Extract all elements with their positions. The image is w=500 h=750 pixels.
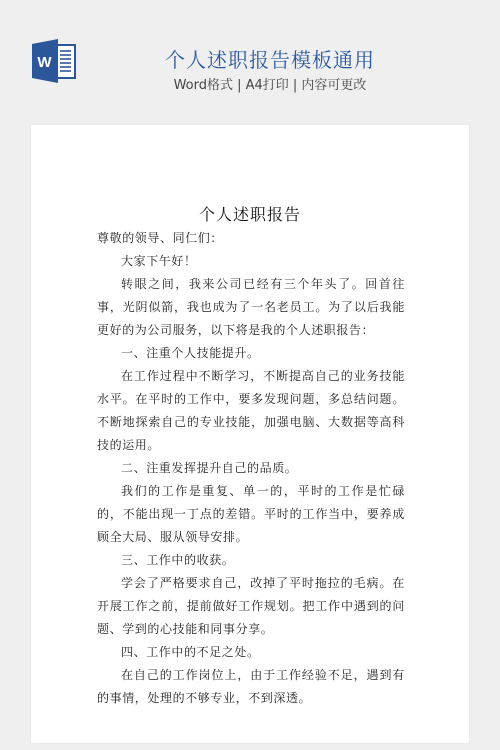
section-heading-3: 三、工作中的收获。 xyxy=(97,549,405,572)
section-heading-2: 二、注重发挥提升自己的品质。 xyxy=(97,457,405,480)
greeting: 大家下午好！ xyxy=(97,250,405,273)
section-heading-4: 四、工作中的不足之处。 xyxy=(97,641,405,664)
intro-paragraph: 转眼之间，我来公司已经有三个年头了。回首往事，光阴似箭，我也成为了一名老员工。为… xyxy=(97,273,405,342)
section-paragraph-4: 在自己的工作岗位上，由于工作经验不足，遇到有的事情，处理的不够专业，不到深透。 xyxy=(97,664,405,710)
document-body: 尊敬的领导、同仁们： 大家下午好！ 转眼之间，我来公司已经有三个年头了。回首往事… xyxy=(97,227,405,710)
section-paragraph-2: 我们的工作是重复、单一的，平时的工作是忙碌的，不能出现一丁点的差错。平时的工作当… xyxy=(97,480,405,549)
salutation: 尊敬的领导、同仁们： xyxy=(97,227,405,250)
page-header: W 个人述职报告模板通用 Word格式 | A4打印 | 内容可更改 xyxy=(0,0,500,120)
document-title: 个人述职报告 xyxy=(31,202,469,225)
section-heading-1: 一、注重个人技能提升。 xyxy=(97,342,405,365)
section-paragraph-3: 学会了严格要求自己，改掉了平时拖拉的毛病。在开展工作之前，提前做好工作规划。把工… xyxy=(97,572,405,641)
section-paragraph-1: 在工作过程中不断学习，不断提高自己的业务技能水平。在平时的工作中，要多发现问题，… xyxy=(97,365,405,457)
page-subtitle: Word格式 | A4打印 | 内容可更改 xyxy=(0,74,500,93)
document-page: 个人述职报告 尊敬的领导、同仁们： 大家下午好！ 转眼之间，我来公司已经有三个年… xyxy=(31,125,469,743)
page-title: 个人述职报告模板通用 xyxy=(0,44,500,73)
